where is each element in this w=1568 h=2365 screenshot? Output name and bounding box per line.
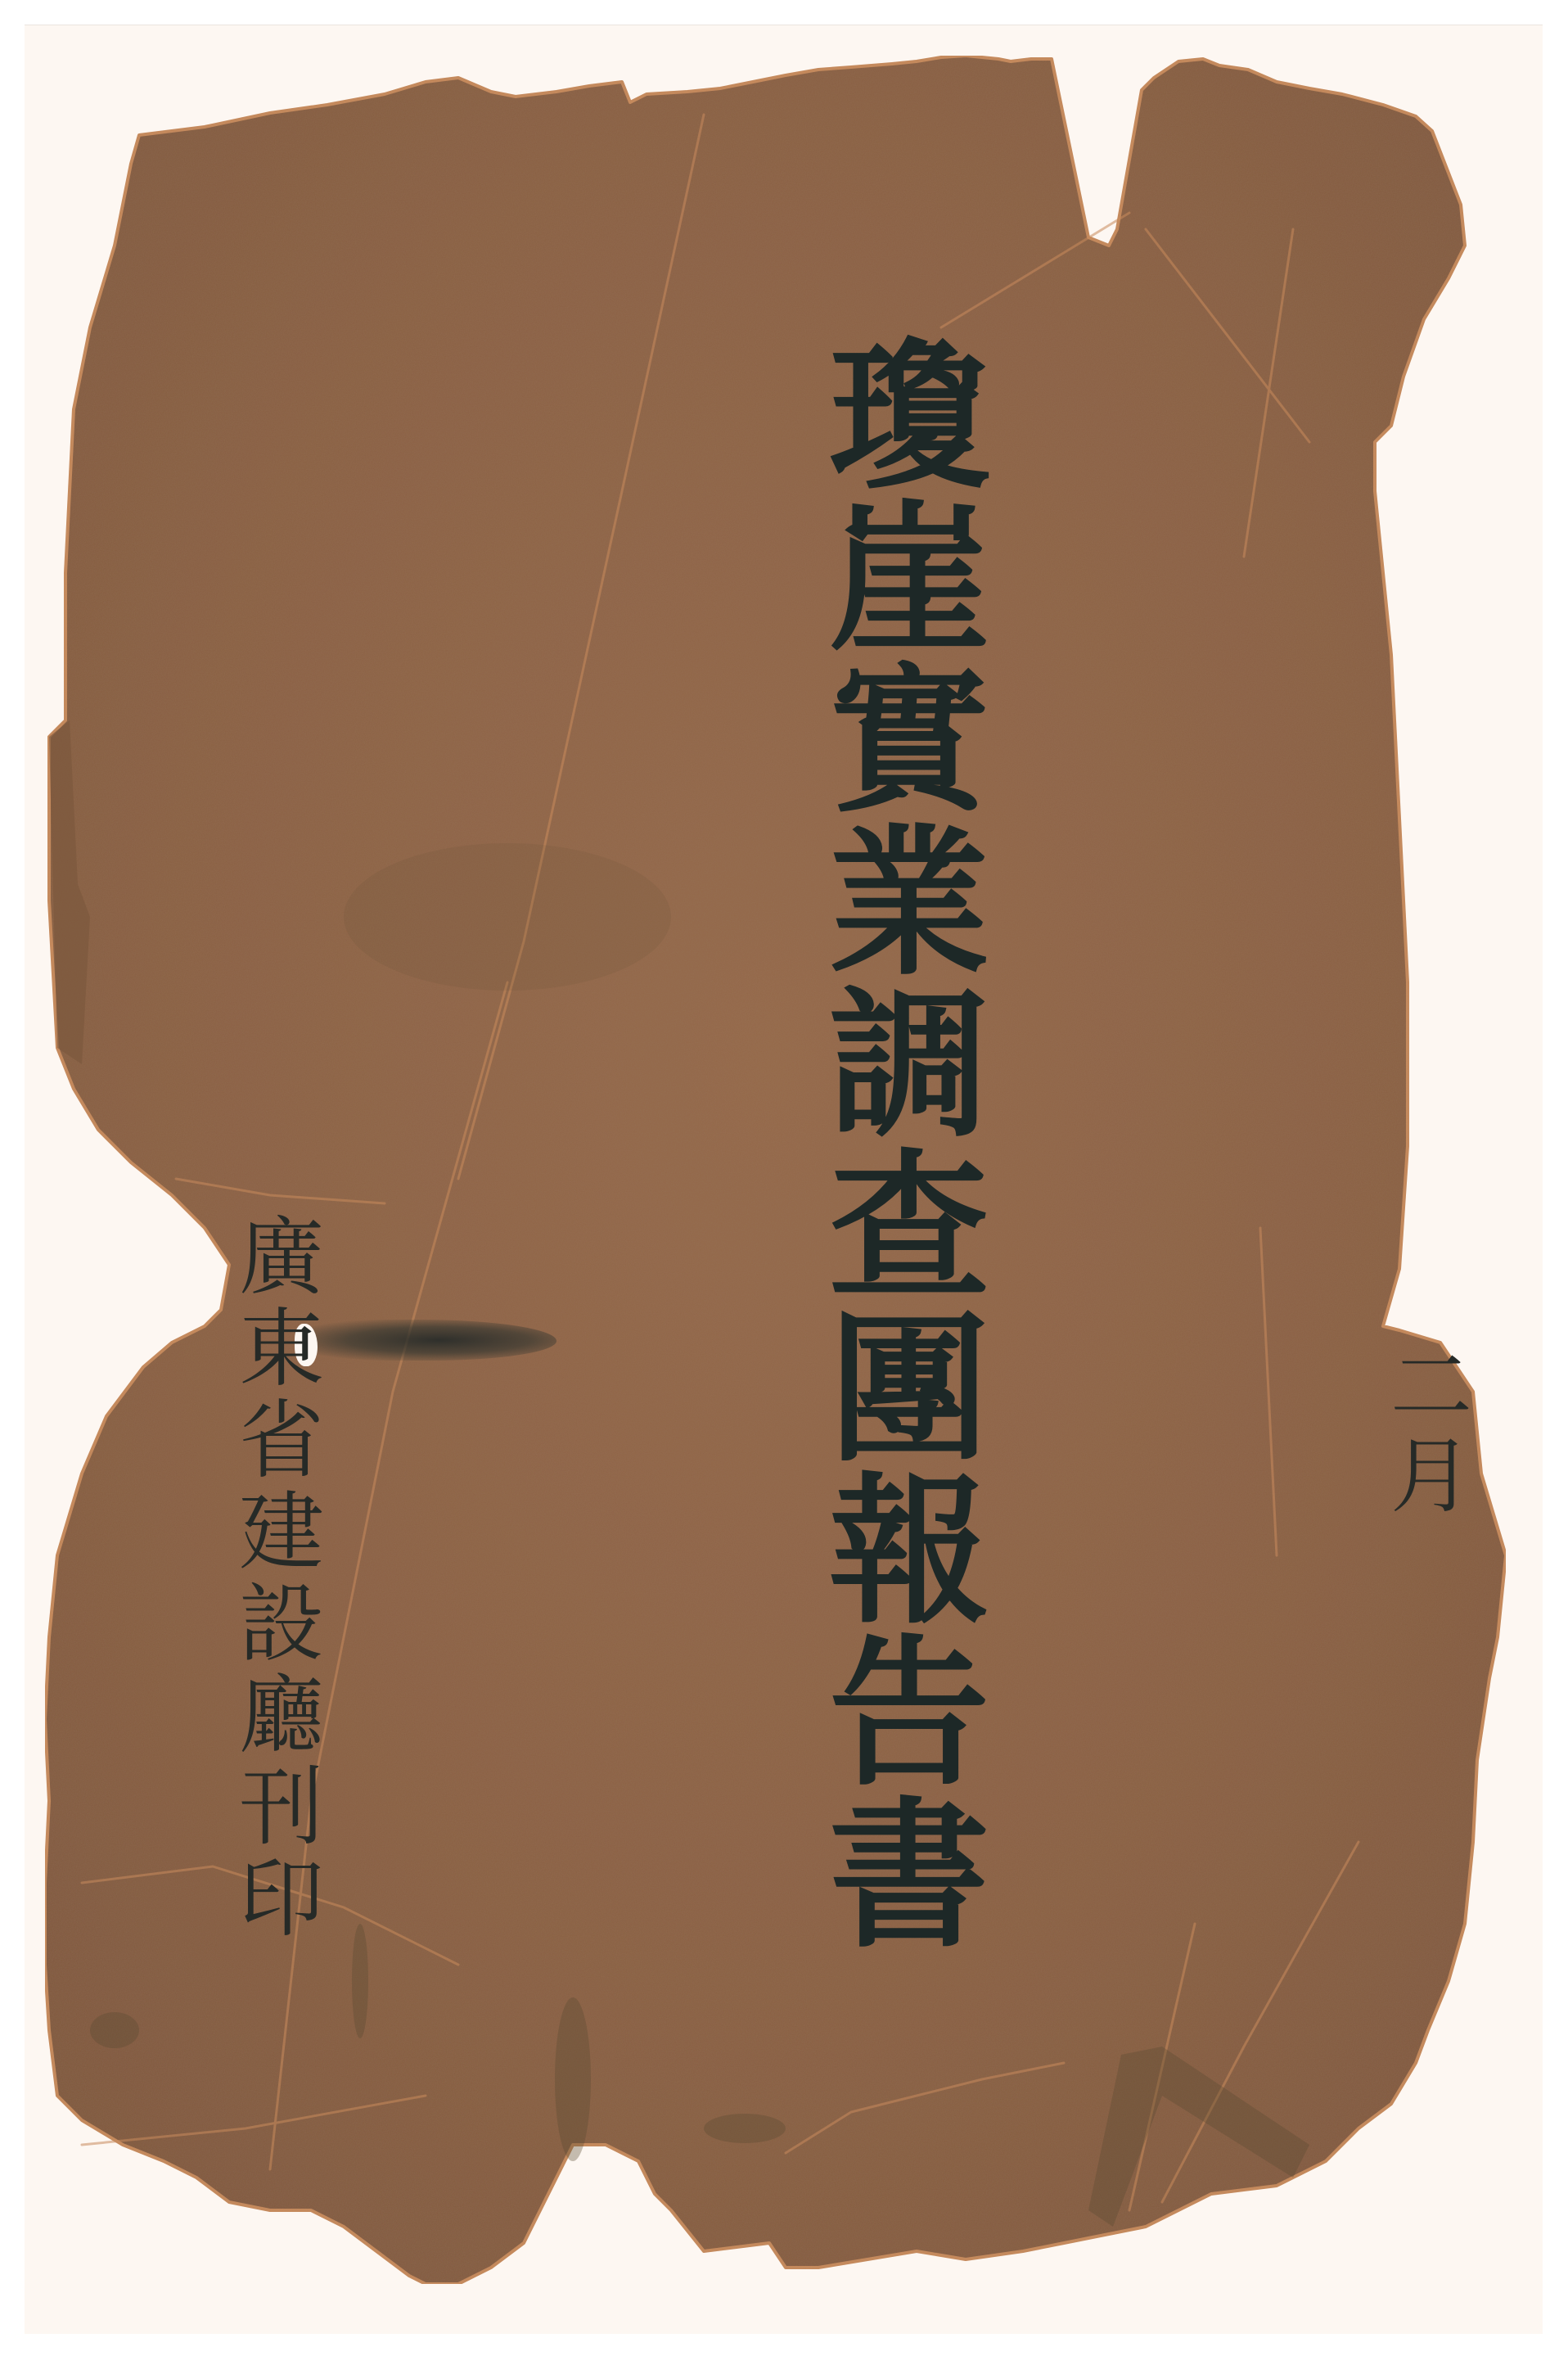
document-title: 瓊崖實業調查團報告書	[806, 332, 986, 1952]
date-partial: 二月	[1383, 1343, 1465, 1523]
ink-smear	[295, 1320, 556, 1361]
publisher-line: 廣東省建設廳刊印	[229, 1212, 319, 1945]
paper-outline	[45, 56, 1506, 2284]
paper-sheet	[0, 0, 1568, 2365]
